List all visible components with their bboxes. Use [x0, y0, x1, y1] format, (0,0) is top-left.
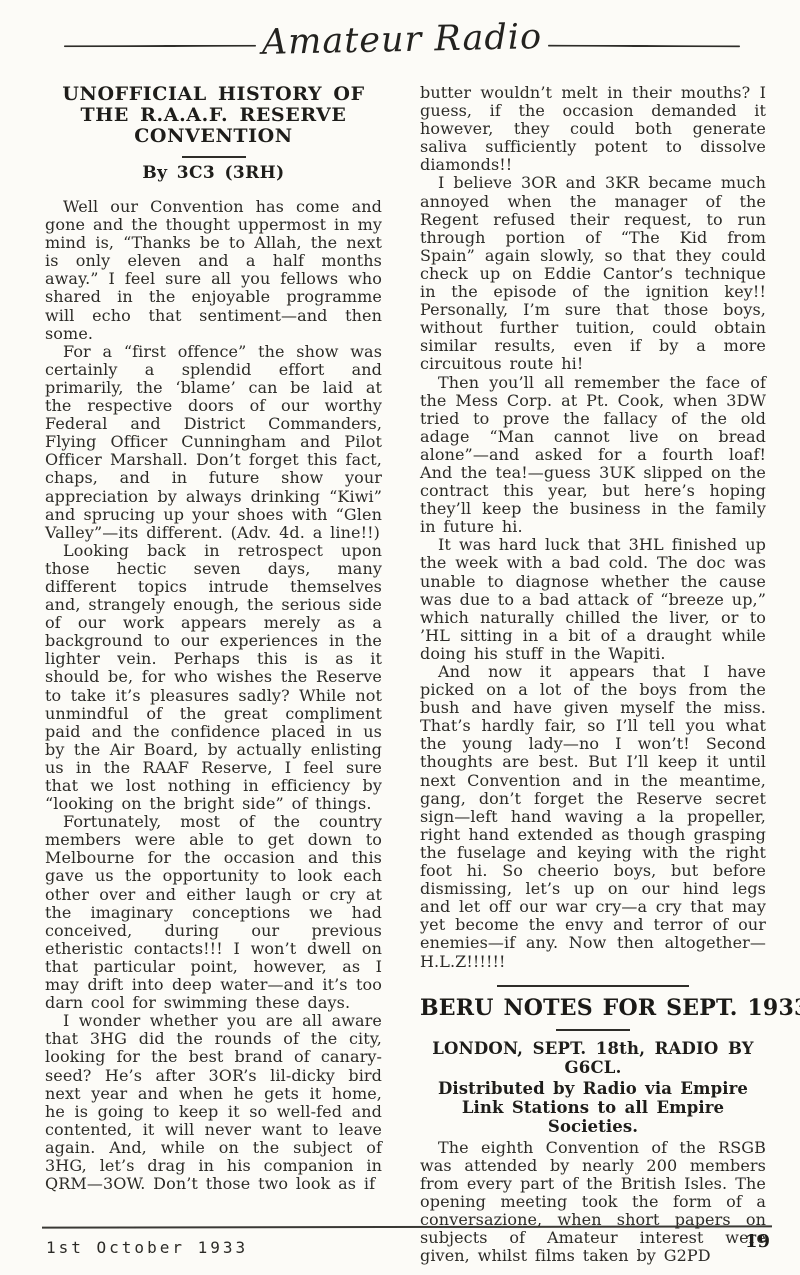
article-title-line: UNOFFICIAL HISTORY OF — [45, 84, 382, 105]
right-column: butter wouldn’t melt in their mouths? I … — [420, 84, 766, 1265]
beru-distribution: Distributed by Radio via Empire Link Sta… — [420, 1079, 766, 1136]
article-byline: By 3C3 (3RH) — [45, 163, 382, 183]
beru-paragraph: The eighth Convention of the RSGB was at… — [420, 1139, 766, 1266]
article-paragraph-continued: Then you’ll all remember the face of the… — [420, 374, 766, 537]
beru-dateline: LONDON, SEPT. 18th, RADIO BY G6CL. — [420, 1039, 766, 1077]
page-number: 19 — [745, 1231, 770, 1252]
footer-date: 1st October 1933 — [46, 1238, 248, 1257]
article-title-line: THE R.A.A.F. RESERVE — [45, 105, 382, 126]
left-column: UNOFFICIAL HISTORY OF THE R.A.A.F. RESER… — [45, 84, 382, 1193]
article-paragraph: Well our Convention has come and gone an… — [45, 198, 382, 343]
magazine-page: Amateur Radio UNOFFICIAL HISTORY OF THE … — [0, 0, 800, 1275]
article-paragraph-continued: It was hard luck that 3HL finished up th… — [420, 536, 766, 663]
article-title: UNOFFICIAL HISTORY OF THE R.A.A.F. RESER… — [45, 84, 382, 147]
article-paragraph: Fortunately, most of the country members… — [45, 813, 382, 1012]
masthead: Amateur Radio — [64, 28, 740, 63]
byline-rule — [182, 156, 246, 158]
beru-section: BERU NOTES FOR SEPT. 1933 LONDON, SEPT. … — [420, 985, 766, 1266]
article-title-line: CONVENTION — [45, 126, 382, 147]
article-paragraph-continued: butter wouldn’t melt in their mouths? I … — [420, 84, 766, 174]
masthead-rule-left — [64, 44, 256, 47]
article-paragraph: Looking back in retrospect upon those he… — [45, 542, 382, 813]
section-divider — [497, 985, 689, 987]
masthead-title: Amateur Radio — [255, 20, 548, 61]
article-paragraph-continued: And now it appears that I have picked on… — [420, 663, 766, 971]
article-paragraph-continued: I believe 3OR and 3KR became much annoye… — [420, 174, 766, 373]
beru-heading-rule — [556, 1029, 630, 1031]
article-paragraph: For a “first offence” the show was certa… — [45, 343, 382, 542]
article-paragraph: I wonder whether you are all aware that … — [45, 1012, 382, 1193]
masthead-rule-right — [548, 44, 740, 47]
beru-heading: BERU NOTES FOR SEPT. 1933 — [420, 996, 766, 1020]
